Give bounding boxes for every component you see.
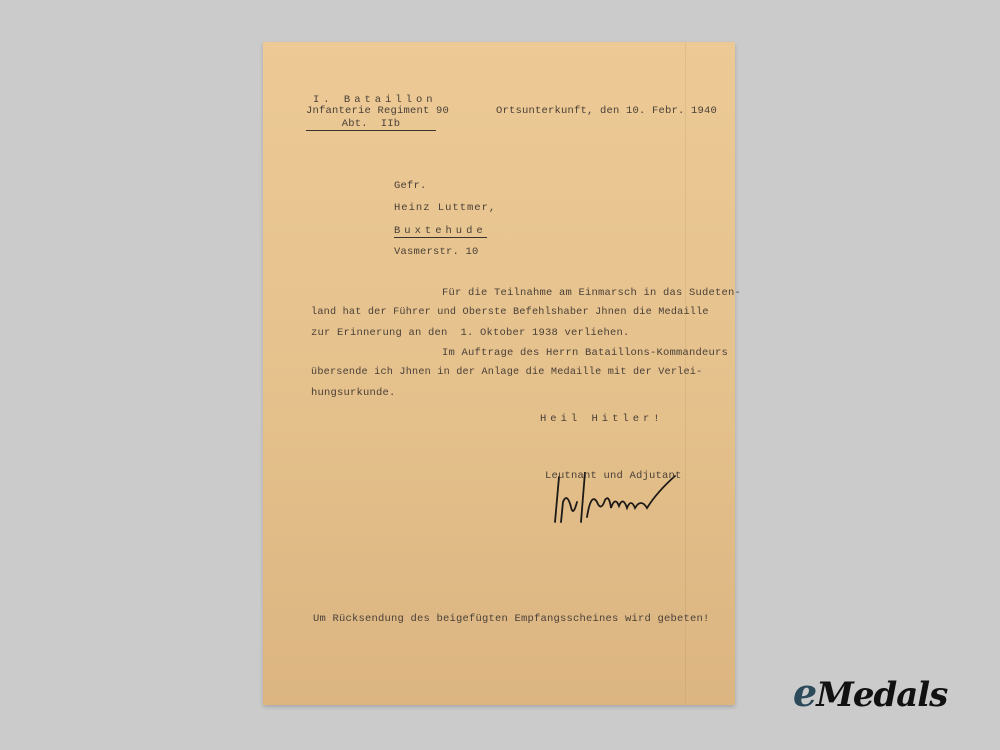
body-line: Im Auftrage des Herrn Bataillons-Kommand… <box>442 347 728 359</box>
emedals-logo: eMedals <box>793 670 947 715</box>
body-line: hungsurkunde. <box>311 387 396 399</box>
recipient-street: Vasmerstr. 10 <box>394 246 479 258</box>
footer-note: Um Rücksendung des beigefügten Empfangss… <box>313 613 710 625</box>
body-line: zur Erinnerung an den 1. Oktober 1938 ve… <box>311 327 630 339</box>
logo-wordmark: Medals <box>816 675 947 715</box>
logo-e-mark: e <box>793 670 816 715</box>
signature-title: Leutnant und Adjutant <box>545 470 682 482</box>
body-line: Für die Teilnahme am Einmarsch in das Su… <box>442 287 741 299</box>
recipient-rank: Gefr. <box>394 180 427 192</box>
letterhead-department: Abt. IIb <box>306 118 436 131</box>
letter-paper: I. Bataillon Jnfanterie Regiment 90 Abt.… <box>263 42 735 705</box>
body-line: übersende ich Jhnen in der Anlage die Me… <box>311 367 702 378</box>
place-date: Ortsunterkunft, den 10. Febr. 1940 <box>496 105 717 117</box>
closing-salute: Heil Hitler! <box>540 413 664 425</box>
letterhead-regiment: Jnfanterie Regiment 90 <box>306 105 449 117</box>
body-line: land hat der Führer und Oberste Befehlsh… <box>311 307 709 318</box>
recipient-city: Buxtehude <box>394 225 487 238</box>
recipient-name: Heinz Luttmer, <box>394 202 496 214</box>
